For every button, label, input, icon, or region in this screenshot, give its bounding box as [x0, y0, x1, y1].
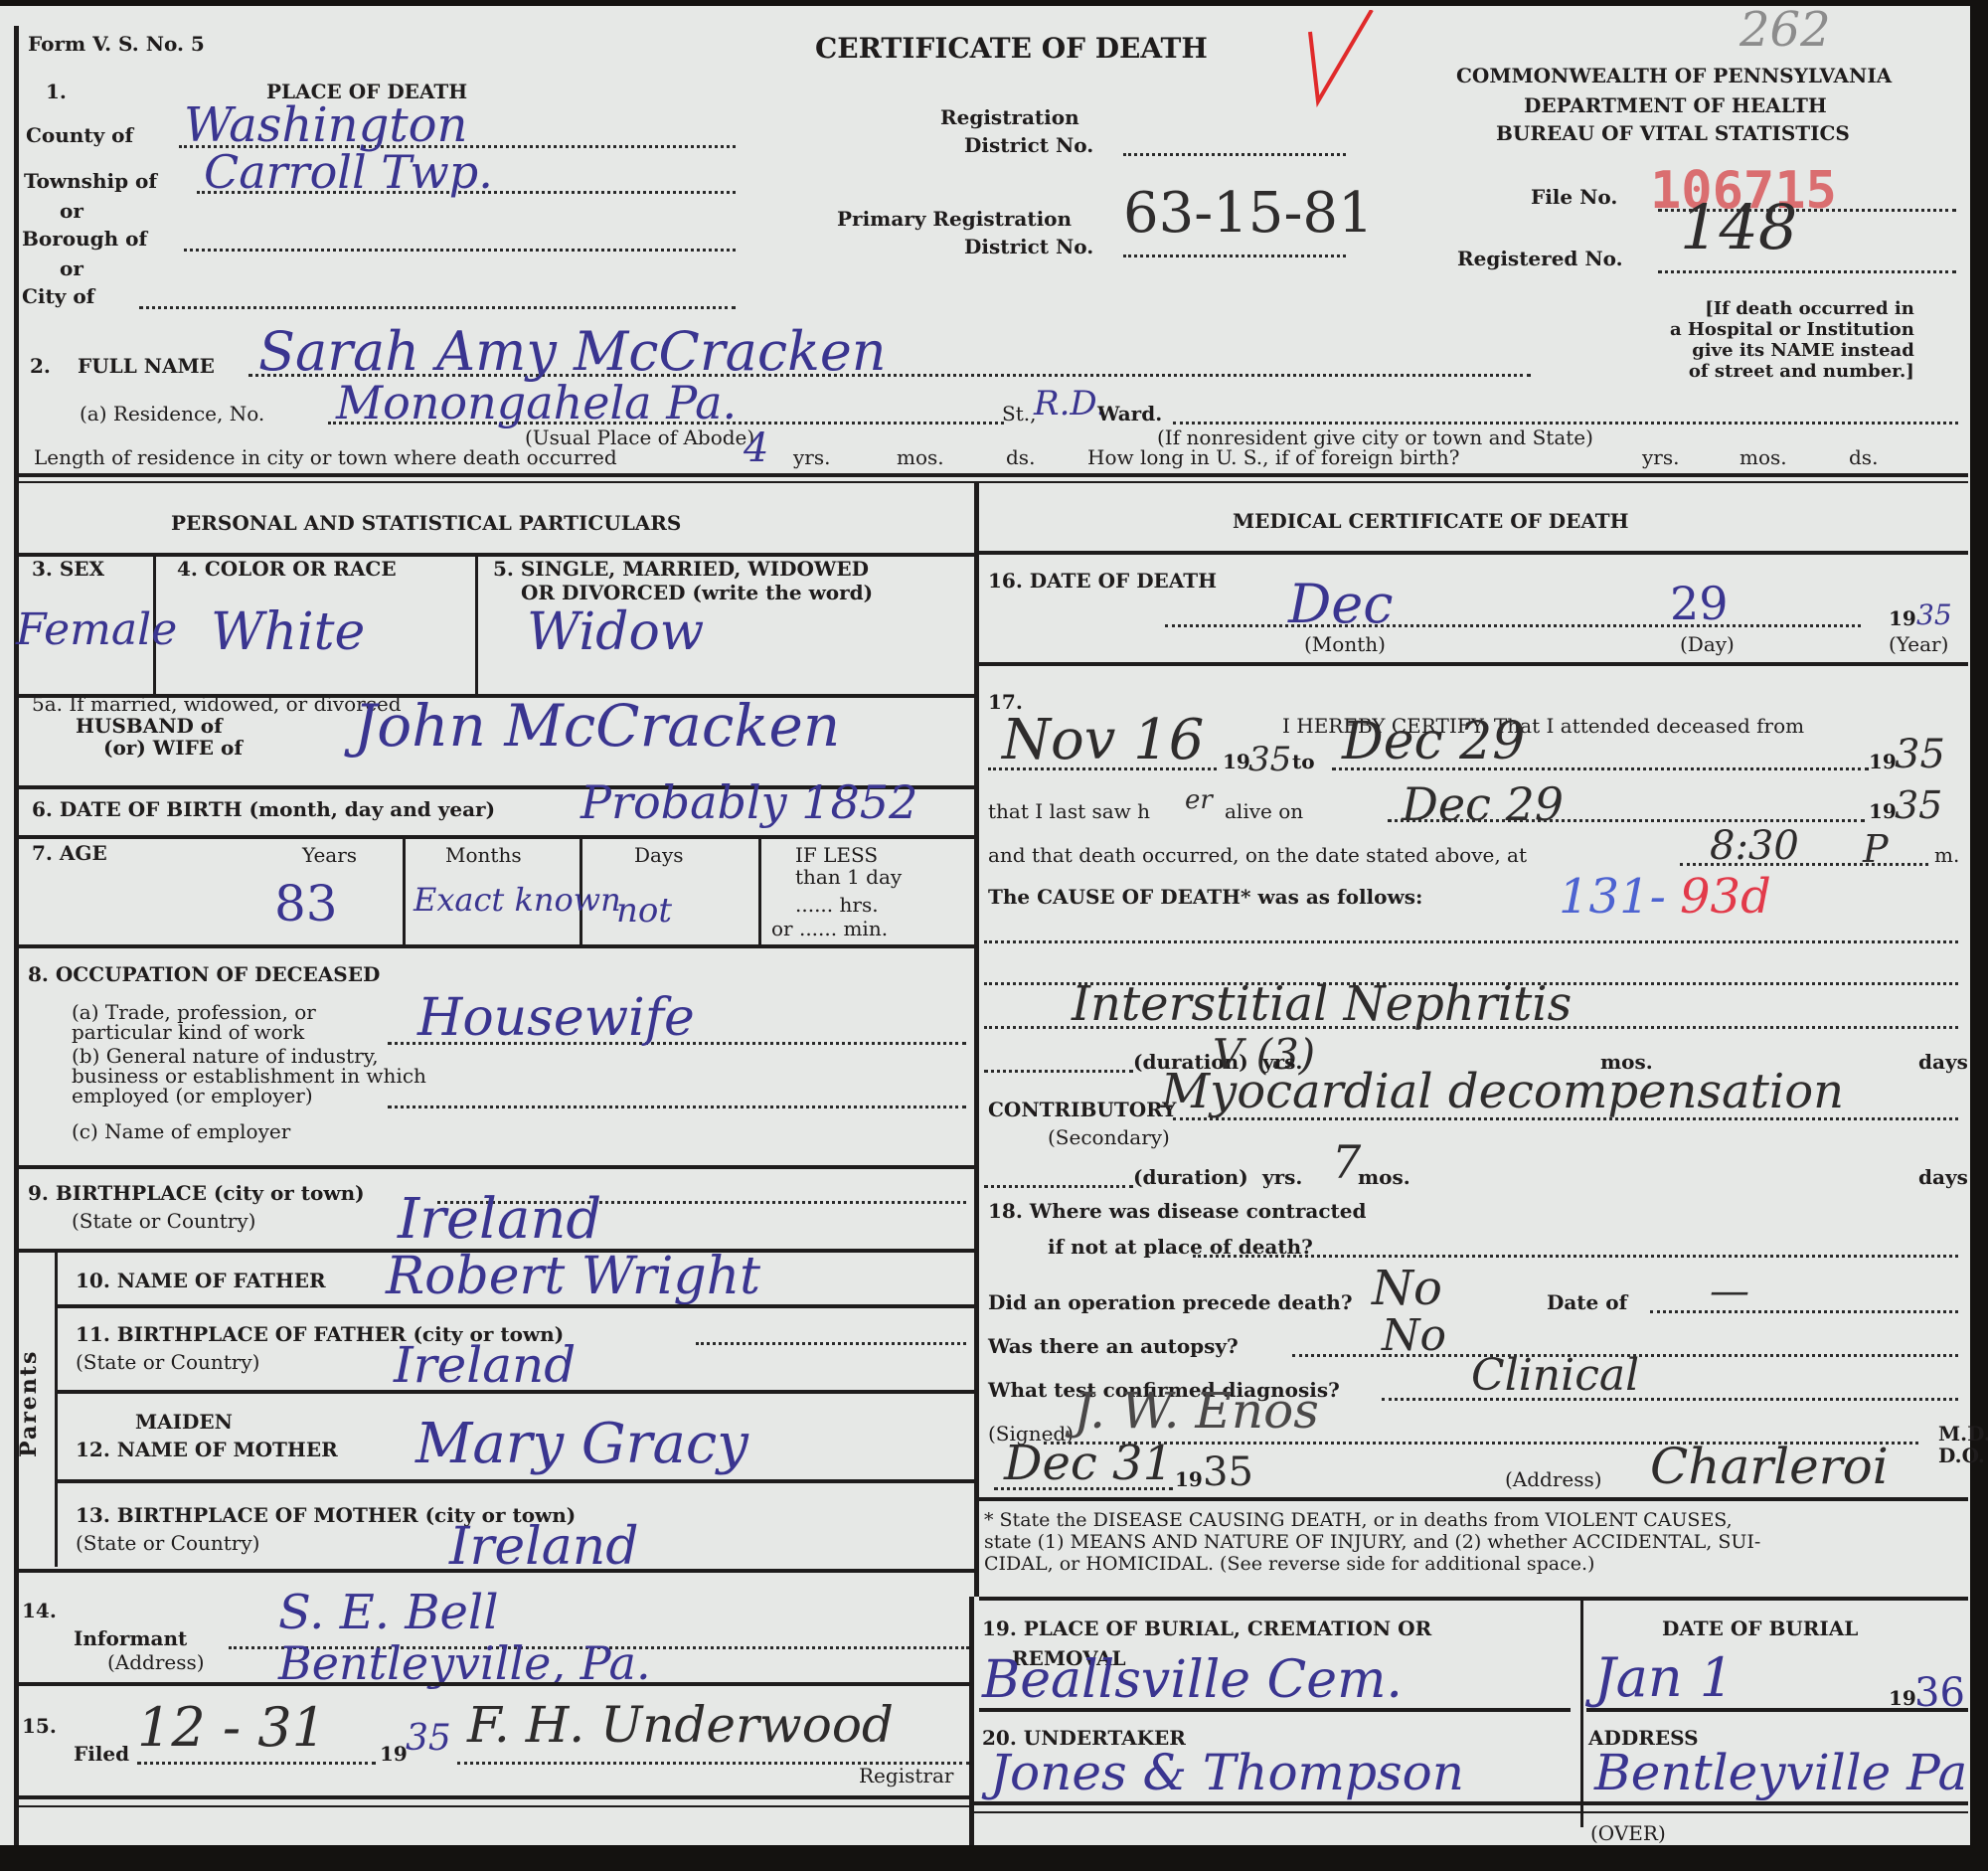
mother-field[interactable]: Mary Gracy	[415, 1412, 748, 1476]
operation-label: Did an operation precede death?	[988, 1290, 1353, 1314]
burial-label-1: 19. PLACE OF BURIAL, CREMATION OR	[982, 1616, 1431, 1640]
street-field[interactable]: R.D.	[1034, 384, 1106, 424]
rule	[55, 1251, 58, 1567]
filed-year-prefix: 19	[380, 1742, 408, 1766]
rule	[18, 1165, 974, 1169]
rule	[969, 1811, 1968, 1813]
registered-no-field[interactable]: 148	[1680, 191, 1797, 263]
registration-label-2: District No.	[964, 133, 1093, 157]
age-months-label: Months	[445, 843, 522, 867]
dob-field[interactable]: Probably 1852	[580, 775, 917, 829]
cause-line-1	[984, 940, 1958, 943]
rule	[18, 1682, 974, 1686]
mos-label: mos.	[897, 445, 944, 469]
red-check-mark-icon	[1302, 10, 1382, 109]
rule	[979, 551, 1968, 555]
burial-date-field[interactable]: Jan 1	[1594, 1646, 1734, 1709]
sex-label: 3. SEX	[32, 557, 104, 581]
filed-date-line	[137, 1762, 376, 1765]
duration-line-2	[984, 1185, 1133, 1188]
yrs-label: yrs.	[793, 445, 830, 469]
death-ampm-field[interactable]: P	[1863, 827, 1889, 871]
township-field[interactable]: Carroll Twp.	[204, 145, 493, 199]
us-yrs-label: yrs.	[1642, 445, 1679, 469]
registered-no-line	[1658, 270, 1956, 273]
age-days-field[interactable]: not	[616, 891, 672, 931]
or-label-2: or	[60, 256, 83, 280]
occ-a-label-2: particular kind of work	[72, 1020, 304, 1044]
age-months-field[interactable]: Exact known	[414, 881, 621, 919]
primary-registration-line	[1123, 255, 1346, 257]
borough-field	[184, 249, 736, 252]
address-label: (Address)	[1505, 1467, 1602, 1491]
center-divider-lower	[969, 1597, 974, 1845]
where-contracted-label-1: 18. Where was disease contracted	[988, 1199, 1367, 1223]
day-label: (Day)	[1680, 632, 1735, 656]
cause-line-3	[984, 1026, 1958, 1029]
rule	[979, 662, 1968, 666]
over-label: (OVER)	[1590, 1821, 1666, 1845]
spouse-field[interactable]: John McCracken	[354, 692, 840, 760]
document-title: CERTIFICATE OF DEATH	[815, 32, 1208, 65]
length-residence-label: Length of residence in city or town wher…	[34, 445, 617, 469]
mos-label-2: mos.	[1358, 1165, 1410, 1189]
rule	[18, 1805, 974, 1807]
rule	[57, 1304, 974, 1308]
informant-address-label: (Address)	[107, 1650, 205, 1674]
dod-month-field[interactable]: Dec	[1288, 573, 1394, 635]
mother-birthplace-field[interactable]: Ireland	[449, 1517, 639, 1577]
contributory-label: CONTRIBUTORY	[988, 1098, 1176, 1121]
rule	[979, 1497, 1968, 1501]
month-label: (Month)	[1304, 632, 1386, 656]
to-year-prefix: 19	[1869, 750, 1897, 773]
race-field[interactable]: White	[211, 602, 365, 662]
attended-from-year[interactable]: 35	[1248, 740, 1291, 779]
us-ds-label: ds.	[1849, 445, 1878, 469]
full-name-field[interactable]: Sarah Amy McCracken	[258, 320, 887, 383]
age-hrs-field[interactable]: ...... hrs.	[795, 893, 879, 917]
last-saw-pronoun[interactable]: er	[1185, 785, 1213, 815]
cause-code-red: 93d	[1680, 869, 1771, 925]
age-min-field[interactable]: or ...... min.	[771, 917, 888, 940]
date-of-field[interactable]: —	[1710, 1269, 1749, 1314]
rule	[758, 837, 761, 944]
yrs-label-2: yrs.	[1262, 1165, 1302, 1189]
rule	[18, 835, 974, 839]
ward-field	[1173, 422, 1958, 425]
age-label: 7. AGE	[32, 841, 107, 865]
primary-registration-label-2: District No.	[964, 235, 1093, 258]
primary-registration-label-1: Primary Registration	[837, 207, 1072, 231]
or-label-1: or	[60, 199, 83, 223]
cause-label: The CAUSE OF DEATH* was as follows:	[988, 885, 1422, 909]
hospital-note-line-4: of street and number.]	[1670, 361, 1914, 382]
burial-place-field[interactable]: Beallsville Cem.	[982, 1650, 1403, 1710]
race-label: 4. COLOR OR RACE	[177, 557, 397, 581]
from-year-prefix: 19	[1223, 750, 1250, 773]
year-label: (Year)	[1889, 632, 1948, 656]
filed-label: Filed	[74, 1742, 129, 1766]
rule	[18, 944, 974, 948]
us-label: How long in U. S., if of foreign birth?	[1087, 445, 1460, 469]
age-years-field[interactable]: 83	[274, 875, 338, 933]
street-label: St.,	[1002, 402, 1036, 425]
spouse-label-3: (or) WIFE of	[103, 736, 243, 760]
pencil-number: 262	[1739, 2, 1831, 58]
township-label: Township of	[24, 169, 157, 193]
informant-field[interactable]: S. E. Bell	[278, 1585, 499, 1640]
date-of-line	[1650, 1310, 1958, 1313]
rule	[403, 837, 406, 944]
primary-registration-field[interactable]: 63-15-81	[1123, 181, 1374, 246]
rule	[57, 1479, 974, 1483]
filed-year-field[interactable]: 35	[406, 1718, 451, 1759]
footnote-line-1: * State the DISEASE CAUSING DEATH, or in…	[984, 1509, 1760, 1531]
dod-year-field[interactable]: 35	[1916, 598, 1952, 631]
physician-address-field[interactable]: Charleroi	[1650, 1438, 1889, 1495]
age-less-label-2: than 1 day	[795, 865, 902, 889]
age-days-label: Days	[634, 843, 684, 867]
undertaker-field[interactable]: Jones & Thompson	[990, 1744, 1464, 1801]
marital-label-1: 5. SINGLE, MARRIED, WIDOWED	[493, 557, 869, 581]
rule	[18, 1569, 974, 1573]
occupation-field[interactable]: Housewife	[417, 988, 695, 1048]
hospital-note-line-3: give its NAME instead	[1670, 340, 1914, 361]
residence-field[interactable]: Monongahela Pa.	[336, 376, 737, 429]
section-divider-thin	[18, 481, 1968, 483]
hospital-note-line-1: [If death occurred in	[1670, 298, 1914, 319]
medical-heading: MEDICAL CERTIFICATE OF DEATH	[1233, 509, 1629, 533]
to-label: to	[1292, 750, 1315, 773]
burial-year-prefix: 19	[1889, 1686, 1916, 1710]
spouse-label-1: 5a. If married, widowed, or divorced	[32, 692, 402, 716]
footnote-line-3: CIDAL, or HOMICIDAL. (See reverse side f…	[984, 1553, 1760, 1575]
father-label: 10. NAME OF FATHER	[76, 1269, 326, 1292]
marital-field[interactable]: Widow	[527, 602, 704, 662]
occupation-label: 8. OCCUPATION OF DECEASED	[28, 962, 380, 986]
age-years-label: Years	[302, 843, 357, 867]
rule	[475, 555, 478, 694]
attended-from-field[interactable]: Nov 16	[1002, 708, 1204, 772]
last-saw-label: that I last saw h	[988, 799, 1150, 823]
agency-line-2: DEPARTMENT OF HEALTH	[1524, 93, 1827, 117]
dod-day-field[interactable]: 29	[1670, 577, 1729, 630]
rule	[57, 1390, 974, 1394]
dod-year-prefix: 19	[1889, 606, 1916, 630]
last-saw-year-field[interactable]: 35	[1895, 783, 1942, 827]
autopsy-label: Was there an autopsy?	[988, 1334, 1239, 1358]
duration-line	[984, 1070, 1133, 1073]
footnote: * State the DISEASE CAUSING DEATH, or in…	[984, 1509, 1760, 1575]
secondary-duration-field[interactable]: 7	[1332, 1135, 1361, 1189]
informant-label: Informant	[74, 1626, 187, 1650]
birthplace-label-1: 9. BIRTHPLACE (city or town)	[28, 1181, 365, 1205]
age-less-label-1: IF LESS	[795, 843, 878, 867]
dob-label: 6. DATE OF BIRTH (month, day and year)	[32, 797, 495, 821]
industry-field	[388, 1106, 966, 1108]
dod-line	[1165, 624, 1861, 627]
registrar-signature[interactable]: F. H. Underwood	[467, 1696, 894, 1754]
place-of-death-number: 1.	[46, 80, 67, 103]
mother-label-1: MAIDEN	[135, 1410, 233, 1434]
burial-date-label: DATE OF BURIAL	[1662, 1616, 1858, 1640]
mother-bp-label-2: (State or Country)	[76, 1531, 259, 1555]
registrar-label: Registrar	[859, 1764, 953, 1787]
certificate-paper: Form V. S. No. 5 CERTIFICATE OF DEATH 26…	[0, 6, 1970, 1845]
filed-date-field[interactable]: 12 - 31	[137, 1696, 326, 1759]
operation-field[interactable]: No	[1372, 1261, 1442, 1316]
birthplace-field[interactable]: Ireland	[398, 1187, 601, 1252]
father-bp-label-2: (State or Country)	[76, 1350, 259, 1374]
date-of-label: Date of	[1547, 1290, 1627, 1314]
personal-heading: PERSONAL AND STATISTICAL PARTICULARS	[171, 511, 681, 535]
hospital-note: [If death occurred in a Hospital or Inst…	[1670, 298, 1914, 382]
death-time-field[interactable]: 8:30	[1710, 823, 1799, 869]
spouse-label-2: HUSBAND of	[76, 714, 223, 738]
dod-label: 16. DATE OF DEATH	[988, 569, 1217, 593]
section-divider	[18, 473, 1968, 477]
ds-label: ds.	[1006, 445, 1035, 469]
cause-code-blue: 131-	[1559, 869, 1666, 925]
secondary-label: (Secondary)	[1048, 1125, 1170, 1149]
agency-line-1: COMMONWEALTH OF PENNSYLVANIA	[1456, 64, 1892, 87]
md-label: M.D.	[1938, 1422, 1988, 1446]
do-label: D.O.	[1938, 1444, 1985, 1467]
where-contracted-field	[1193, 1255, 1958, 1258]
rule	[1586, 1708, 1968, 1712]
residence-label: (a) Residence, No.	[80, 402, 264, 425]
form-number: Form V. S. No. 5	[28, 32, 205, 56]
primary-cause-field[interactable]: Interstitial Nephritis	[1072, 976, 1572, 1032]
rule	[979, 1597, 1968, 1601]
sex-field[interactable]: Female	[16, 604, 177, 655]
mother-label-2: 12. NAME OF MOTHER	[76, 1438, 338, 1461]
duration-label-2: (duration)	[1133, 1165, 1248, 1189]
file-no-label: File No.	[1531, 185, 1617, 209]
father-field[interactable]: Robert Wright	[386, 1247, 760, 1306]
death-time-label: and that death occurred, on the date sta…	[988, 843, 1527, 867]
occ-c-label: (c) Name of employer	[72, 1119, 290, 1143]
registration-label-1: Registration	[940, 105, 1079, 129]
signed-date-field[interactable]: Dec 31	[1004, 1436, 1173, 1491]
rule	[1580, 1599, 1583, 1827]
father-birthplace-field[interactable]: Ireland	[394, 1336, 576, 1394]
filed-number: 15.	[22, 1714, 57, 1738]
physician-signature[interactable]: J. W. Enos	[1074, 1382, 1319, 1440]
hospital-note-line-2: a Hospital or Institution	[1670, 319, 1914, 340]
full-name-label: FULL NAME	[78, 354, 215, 378]
undertaker-address-field[interactable]: Bentleyville Pa	[1594, 1744, 1967, 1801]
length-years-field[interactable]: 4	[744, 425, 768, 471]
father-bp-city-line	[696, 1342, 966, 1345]
city-field	[139, 306, 736, 309]
borough-label: Borough of	[22, 227, 147, 251]
signed-year-field[interactable]: 35	[1203, 1449, 1253, 1495]
days-label: days	[1918, 1050, 1968, 1074]
alive-on-label: alive on	[1225, 799, 1303, 823]
center-divider	[974, 483, 979, 1597]
secondary-cause-field[interactable]: Myocardial decompensation	[1161, 1064, 1844, 1119]
agency-line-3: BUREAU OF VITAL STATISTICS	[1496, 121, 1850, 145]
rule	[979, 1708, 1571, 1712]
rule	[969, 1801, 1968, 1805]
informant-number: 14.	[22, 1599, 57, 1622]
days-label-2: days	[1918, 1165, 1968, 1189]
test-field[interactable]: Clinical	[1471, 1350, 1639, 1401]
us-mos-label: mos.	[1739, 445, 1787, 469]
attended-to-year[interactable]: 35	[1895, 732, 1945, 777]
attended-to-field[interactable]: Dec 29	[1342, 712, 1525, 771]
birthplace-label-2: (State or Country)	[72, 1209, 255, 1233]
signed-year-prefix: 19	[1175, 1467, 1203, 1491]
last-saw-year-prefix: 19	[1869, 799, 1897, 823]
footnote-line-2: state (1) MEANS AND NATURE OF INJURY, an…	[984, 1531, 1760, 1553]
rule	[18, 1795, 974, 1799]
county-label: County of	[26, 123, 133, 147]
occ-b-label-3: employed (or employer)	[72, 1084, 313, 1107]
parents-label: Parents	[16, 1350, 42, 1457]
m-label: m.	[1934, 843, 1959, 867]
autopsy-field[interactable]: No	[1382, 1310, 1446, 1361]
ward-label: Ward.	[1097, 402, 1162, 425]
test-line	[1382, 1398, 1958, 1401]
city-label: City of	[22, 284, 94, 308]
last-saw-date-field[interactable]: Dec 29	[1402, 777, 1564, 831]
full-name-number: 2.	[30, 354, 51, 378]
registration-district-field	[1123, 153, 1346, 156]
registered-no-label: Registered No.	[1457, 247, 1623, 270]
marital-label-2: OR DIVORCED (write the word)	[521, 581, 873, 604]
